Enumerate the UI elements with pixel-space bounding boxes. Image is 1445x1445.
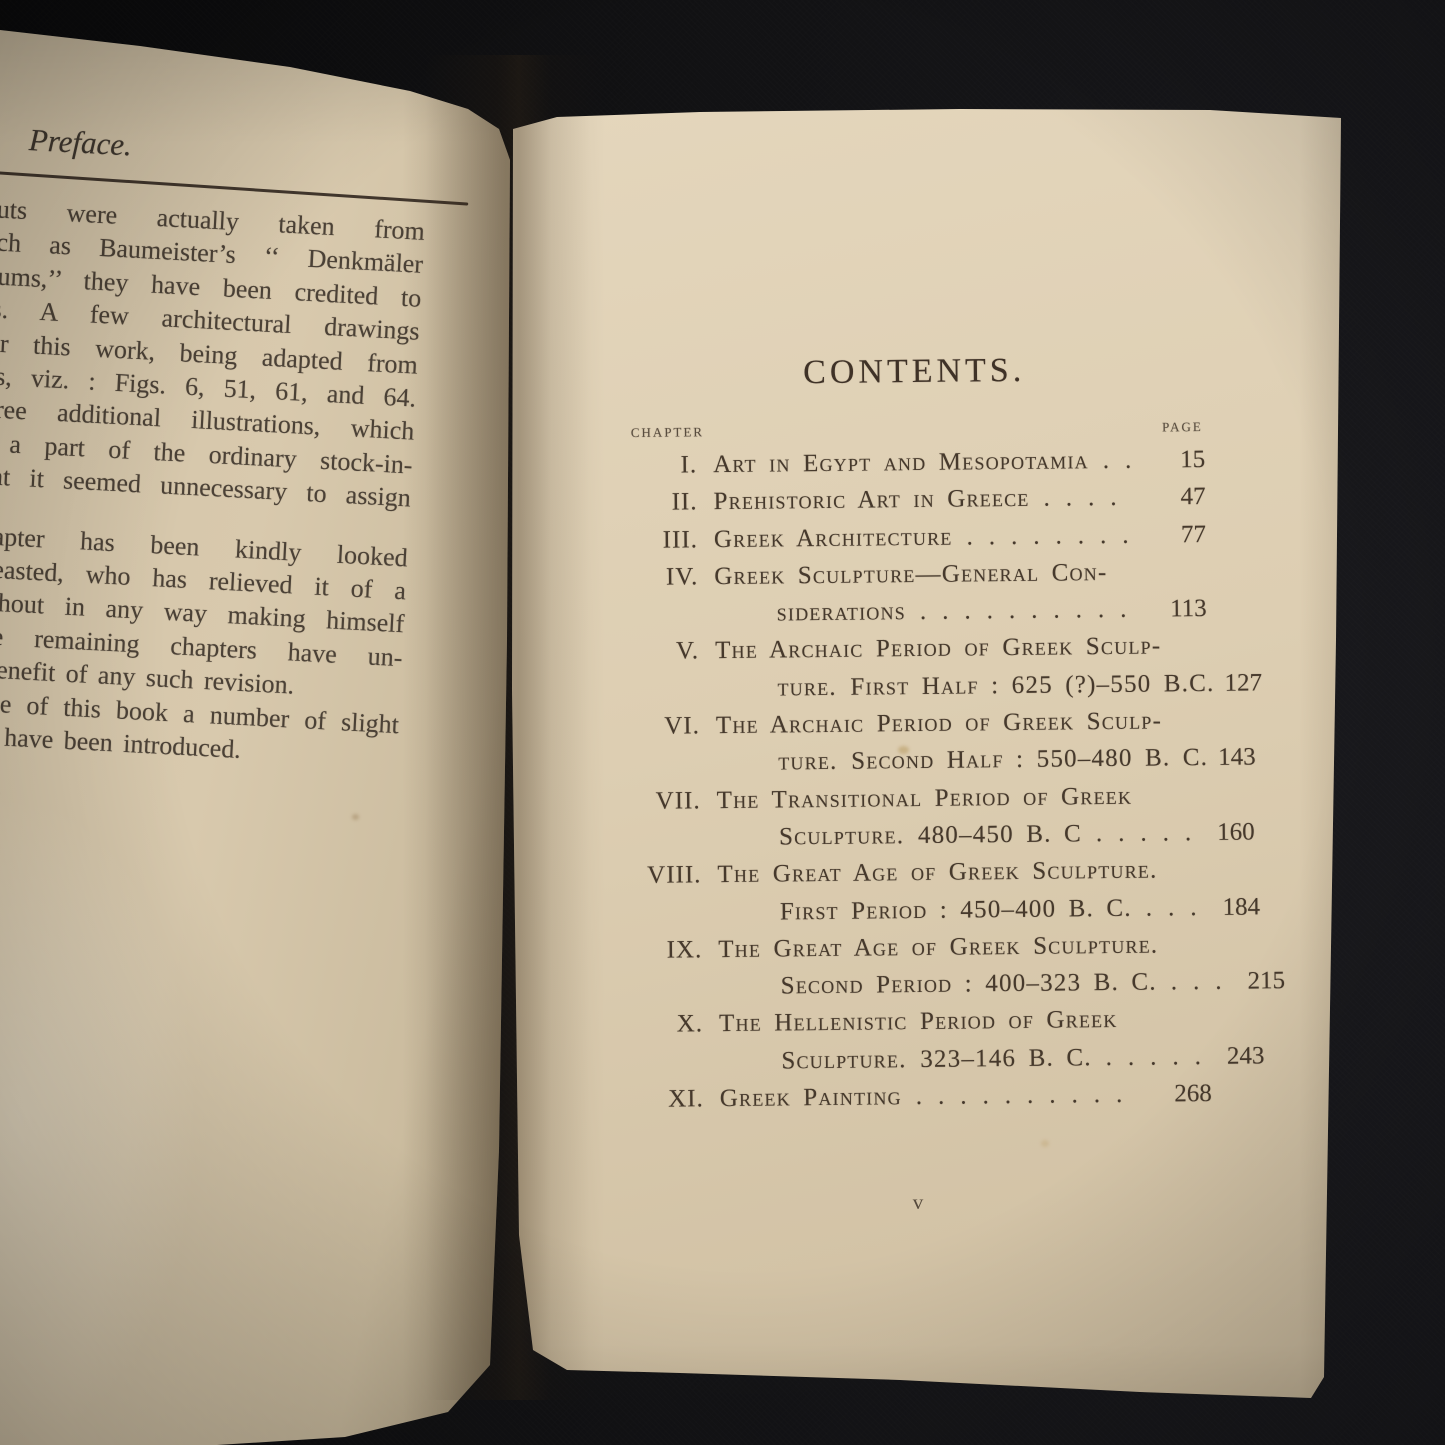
toc-entry-title: Prehistoric Art in Greece — [713, 480, 1029, 521]
toc-entry-line: VIII.The Great Age of Greek Sculpture. — [629, 851, 1209, 894]
toc-entry-line: siderations..........113 — [627, 590, 1207, 633]
open-book-photo: Preface. cuts were actually taken fromuc… — [0, 0, 1445, 1445]
toc-chapter-numeral: VI. — [628, 707, 700, 745]
toc-chapter-numeral — [627, 621, 699, 622]
page-column-label: PAGE — [1162, 419, 1203, 435]
folio-page-number: v — [628, 1190, 1208, 1215]
toc-page-number: 127 — [1214, 664, 1262, 702]
toc-page-number: 15 — [1170, 441, 1205, 479]
toc-entry-line: III.Greek Architecture........77 — [626, 516, 1206, 559]
toc-entry-title: Greek Architecture — [714, 518, 953, 558]
toc-entry-line: IX.The Great Age of Greek Sculpture. — [630, 926, 1210, 969]
preface-date: 905. — [0, 768, 395, 822]
toc-dot-leader: .......... — [920, 591, 1143, 631]
toc-entry-title: ture. First Half : 625 (?)–550 B.C. — [777, 665, 1214, 707]
toc-page-number: 243 — [1217, 1037, 1265, 1075]
toc-page-number: 268 — [1164, 1075, 1212, 1113]
toc-chapter-numeral: IX. — [630, 931, 702, 969]
preface-paragraph-2: chapter has been kindly lookedBreasted, … — [0, 518, 409, 775]
toc-page-number: 215 — [1237, 962, 1285, 1000]
toc-chapter-numeral — [628, 696, 700, 697]
toc-entry-line: IV.Greek Sculpture—General Con- — [626, 553, 1206, 596]
toc-dot-leader: ... — [1146, 888, 1213, 926]
toc-entry-line: II.Prehistoric Art in Greece....47 — [625, 478, 1205, 521]
toc-chapter-numeral: II. — [625, 484, 697, 522]
toc-chapter-numeral — [628, 771, 700, 772]
toc-page-number: 143 — [1208, 739, 1256, 777]
chapter-column-label: CHAPTER — [631, 424, 704, 441]
toc-column-labels: CHAPTER PAGE — [625, 419, 1205, 441]
toc-entry-title: ture. Second Half : 550–480 B. C. — [778, 739, 1208, 781]
toc-entry-title: Greek Painting — [720, 1078, 902, 1117]
toc-entry-title: The Transitional Period of Greek — [716, 777, 1132, 819]
right-page: CONTENTS. CHAPTER PAGE I.Art in Egypt an… — [505, 0, 1350, 1445]
left-page: Preface. cuts were actually taken fromuc… — [0, 0, 516, 1445]
toc-entry-line: X.The Hellenistic Period of Greek — [631, 1000, 1211, 1043]
toc-entry-line: ture. First Half : 625 (?)–550 B.C.127 — [627, 665, 1207, 708]
toc-entry-title: The Archaic Period of Greek Sculp- — [716, 703, 1163, 745]
toc-entry-title: First Period : 450–400 B. C. — [780, 889, 1132, 930]
toc-chapter-numeral: I. — [625, 446, 697, 484]
toc-entry-title: The Great Age of Greek Sculpture. — [717, 852, 1157, 894]
toc-chapter-numeral — [629, 845, 701, 846]
toc-entry-title: Second Period : 400–323 B. C. — [780, 964, 1157, 1005]
toc-page-number: 113 — [1160, 590, 1207, 628]
toc-entry-list: I.Art in Egypt and Mesopotamia..15II.Pre… — [625, 441, 1212, 1118]
contents-heading: CONTENTS. — [624, 349, 1204, 395]
toc-entry-line: Second Period : 400–323 B. C....215 — [630, 963, 1210, 1006]
preface-paragraph-1: cuts were actually taken fromuch as Baum… — [0, 192, 426, 515]
preface-heading: Preface. — [28, 122, 429, 179]
toc-dot-leader: .......... — [916, 1076, 1139, 1116]
toc-entry-title: The Archaic Period of Greek Sculp- — [715, 628, 1162, 670]
toc-entry-line: XI.Greek Painting..........268 — [632, 1075, 1212, 1118]
toc-dot-leader: ..... — [1106, 1038, 1218, 1076]
toc-entry-title: Greek Sculpture—General Con- — [714, 554, 1107, 595]
toc-entry-title: Sculpture. 480–450 B. C — [779, 815, 1082, 855]
toc-entry-line: I.Art in Egypt and Mesopotamia..15 — [625, 441, 1205, 484]
toc-chapter-numeral: VIII. — [629, 857, 701, 895]
toc-dot-leader: ... — [1171, 963, 1238, 1001]
toc-entry-title: Art in Egypt and Mesopotamia — [713, 442, 1089, 483]
toc-dot-leader: .. — [1103, 442, 1148, 480]
toc-entry-line: VI.The Archaic Period of Greek Sculp- — [628, 702, 1208, 745]
toc-entry-line: Sculpture. 480–450 B. C.....160 — [629, 814, 1209, 857]
toc-chapter-numeral — [631, 994, 703, 995]
toc-entry-title: The Great Age of Greek Sculpture. — [718, 926, 1158, 968]
toc-chapter-numeral: XI. — [632, 1080, 704, 1118]
table-of-contents: CONTENTS. CHAPTER PAGE I.Art in Egypt an… — [624, 349, 1212, 1118]
foxing-stain — [1041, 1140, 1049, 1147]
toc-entry-title: Sculpture. 323–146 B. C. — [781, 1039, 1092, 1080]
toc-entry-line: ture. Second Half : 550–480 B. C.143 — [628, 739, 1208, 782]
toc-page-number: 184 — [1212, 888, 1260, 926]
toc-chapter-numeral: V. — [627, 633, 699, 671]
toc-chapter-numeral — [632, 1069, 704, 1070]
toc-page-number: 160 — [1207, 813, 1255, 851]
toc-entry-line: VII.The Transitional Period of Greek — [628, 777, 1208, 820]
toc-entry-line: First Period : 450–400 B. C....184 — [630, 889, 1210, 932]
toc-entry-title: The Hellenistic Period of Greek — [719, 1001, 1118, 1042]
toc-entry-line: V.The Archaic Period of Greek Sculp- — [627, 627, 1207, 670]
toc-entry-line: Sculpture. 323–146 B. C......243 — [631, 1038, 1211, 1081]
toc-chapter-numeral: X. — [631, 1006, 703, 1044]
toc-chapter-numeral: III. — [626, 521, 698, 559]
toc-dot-leader: ..... — [1096, 814, 1208, 852]
toc-page-number: 47 — [1170, 478, 1205, 516]
toc-chapter-numeral: VII. — [628, 782, 700, 820]
toc-dot-leader: ........ — [966, 516, 1144, 555]
toc-chapter-numeral: IV. — [626, 558, 698, 596]
toc-entry-title: siderations — [777, 593, 907, 632]
preface-content: Preface. cuts were actually taken fromuc… — [0, 120, 429, 822]
toc-chapter-numeral — [630, 920, 702, 921]
toc-dot-leader: .... — [1043, 479, 1132, 517]
toc-page-number: 77 — [1171, 516, 1206, 554]
